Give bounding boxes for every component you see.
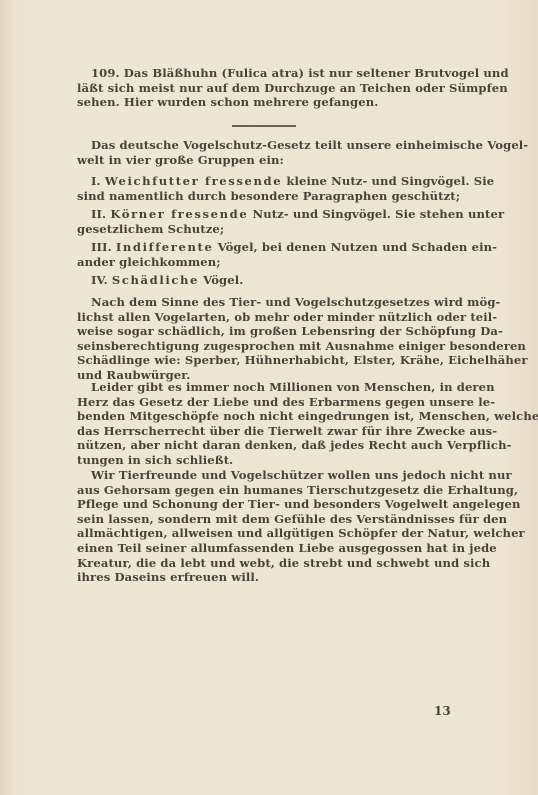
group-numeral: II. bbox=[91, 207, 106, 221]
paragraph-3: Wir Tierfreunde und Vogelschützer wollen… bbox=[77, 468, 451, 585]
paragraph-line: tungen in sich schließt. bbox=[77, 453, 451, 468]
book-page: 109. Das Bläßhuhn (Fulica atra) ist nur … bbox=[0, 0, 538, 795]
entry-109-line-3: sehen. Hier wurden schon mehrere gefange… bbox=[77, 95, 451, 110]
paragraph-1: Nach dem Sinne des Tier- und Vogelschutz… bbox=[77, 295, 451, 383]
paragraph-line: Leider gibt es immer noch Millionen von … bbox=[77, 380, 451, 395]
entry-109-line-2: läßt sich meist nur auf dem Durchzuge an… bbox=[77, 81, 451, 96]
entry-number: 109. bbox=[91, 66, 120, 80]
group-1-line-2: sind namentlich durch besondere Paragrap… bbox=[77, 189, 451, 204]
intro-line: Das deutsche Vogelschutz-Gesetz teilt un… bbox=[77, 138, 451, 153]
entry-lead: Das bbox=[124, 66, 148, 80]
group-numeral: III. bbox=[91, 240, 112, 254]
group-text: Vögel, bei denen Nutzen und Schaden ein- bbox=[218, 240, 497, 254]
paragraph-2: Leider gibt es immer noch Millionen von … bbox=[77, 380, 451, 468]
paragraph-line: nützen, aber nicht daran denken, daß jed… bbox=[77, 438, 451, 453]
group-title: Schädliche bbox=[112, 273, 199, 287]
paragraph-line: Wir Tierfreunde und Vogelschützer wollen… bbox=[77, 468, 451, 483]
paragraph-line: seinsberechtigung zugesprochen mit Ausna… bbox=[77, 339, 451, 354]
paragraph-line: Schädlinge wie: Sperber, Hühnerhabicht, … bbox=[77, 353, 451, 368]
group-title: Weichfutter fressende bbox=[105, 174, 282, 188]
group-2-line-2: gesetzlichem Schutze; bbox=[77, 222, 451, 237]
paragraph-line: Kreatur, die da lebt und webt, die streb… bbox=[77, 556, 451, 571]
group-3: III. Indifferente Vögel, bei denen Nutze… bbox=[77, 240, 451, 269]
group-numeral: IV. bbox=[91, 273, 108, 287]
paragraph-line: weise sogar schädlich, im großen Lebensr… bbox=[77, 324, 451, 339]
group-3-line-1: III. Indifferente Vögel, bei denen Nutze… bbox=[77, 240, 451, 255]
paragraph-line: aus Gehorsam gegen ein humanes Tierschut… bbox=[77, 483, 451, 498]
paragraph-line: Nach dem Sinne des Tier- und Vogelschutz… bbox=[77, 295, 451, 310]
group-4-line-1: IV. Schädliche Vögel. bbox=[77, 273, 451, 288]
entry-109-line-1: 109. Das Bläßhuhn (Fulica atra) ist nur … bbox=[77, 66, 451, 81]
paragraph-line: ihres Daseins erfreuen will. bbox=[77, 570, 451, 585]
page-number: 13 bbox=[434, 704, 451, 718]
group-numeral: I. bbox=[91, 174, 101, 188]
group-1: I. Weichfutter fressende kleine Nutz- un… bbox=[77, 174, 451, 203]
group-3-line-2: ander gleichkommen; bbox=[77, 255, 451, 270]
group-2: II. Körner fressende Nutz- und Singvögel… bbox=[77, 207, 451, 236]
paragraph-line: Herz das Gesetz der Liebe und des Erbarm… bbox=[77, 395, 451, 410]
paragraph-line: das Herrscherrecht über die Tierwelt zwa… bbox=[77, 424, 451, 439]
group-text: kleine Nutz- und Singvögel. Sie bbox=[286, 174, 494, 188]
group-text: Vögel. bbox=[203, 273, 243, 287]
paragraph-line: allmächtigen, allweisen und allgütigen S… bbox=[77, 526, 451, 541]
group-1-line-1: I. Weichfutter fressende kleine Nutz- un… bbox=[77, 174, 451, 189]
group-text: Nutz- und Singvögel. Sie stehen unter bbox=[253, 207, 505, 221]
section-divider bbox=[232, 125, 296, 127]
paragraph-line: benden Mitgeschöpfe noch nicht eingedrun… bbox=[77, 409, 451, 424]
group-4: IV. Schädliche Vögel. bbox=[77, 273, 451, 288]
group-title: Indifferente bbox=[116, 240, 214, 254]
intro-paragraph: Das deutsche Vogelschutz-Gesetz teilt un… bbox=[77, 138, 451, 167]
paragraph-line: lichst allen Vogelarten, ob mehr oder mi… bbox=[77, 310, 451, 325]
intro-line: welt in vier große Gruppen ein: bbox=[77, 153, 451, 168]
bird-name: Bläßhuhn bbox=[152, 66, 217, 80]
entry-text: (Fulica atra) ist nur seltener Brutvogel… bbox=[222, 66, 509, 80]
group-2-line-1: II. Körner fressende Nutz- und Singvögel… bbox=[77, 207, 451, 222]
entry-109: 109. Das Bläßhuhn (Fulica atra) ist nur … bbox=[77, 66, 451, 110]
paragraph-line: einen Teil seiner allumfassenden Liebe a… bbox=[77, 541, 451, 556]
paragraph-line: Pflege und Schonung der Tier- und besond… bbox=[77, 497, 451, 512]
paragraph-line: sein lassen, sondern mit dem Gefühle des… bbox=[77, 512, 451, 527]
group-title: Körner fressende bbox=[110, 207, 248, 221]
